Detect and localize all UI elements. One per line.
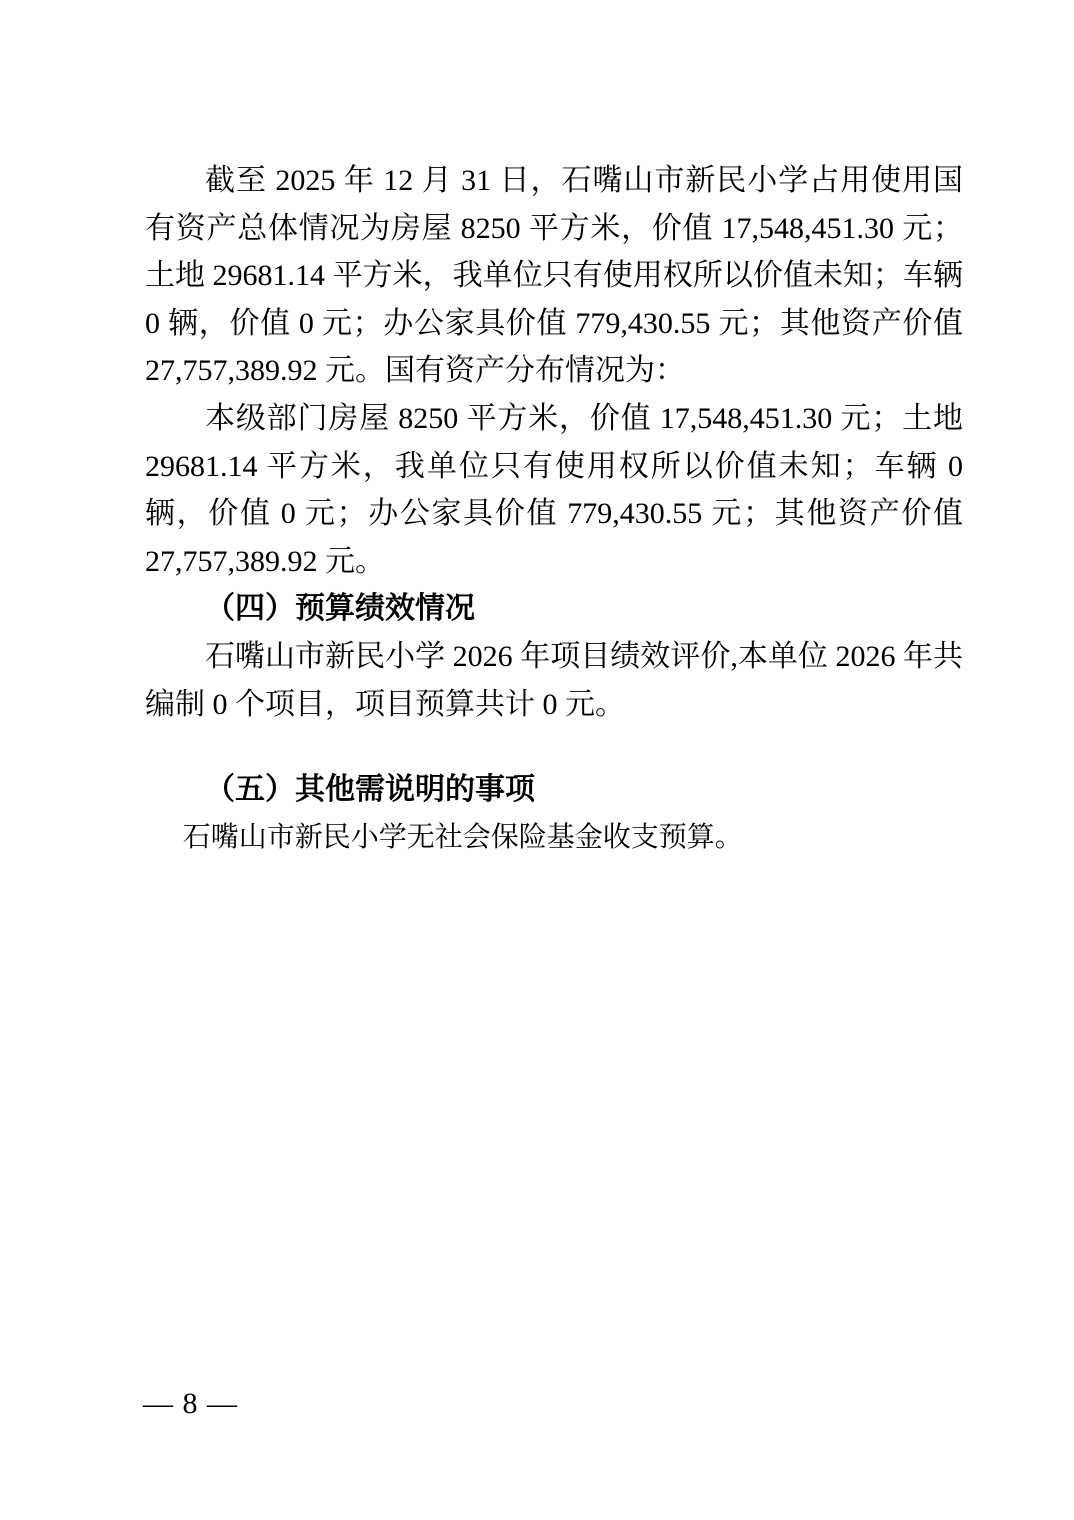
paragraph-assets-distribution: 本级部门房屋 8250 平方米，价值 17,548,451.30 元；土地 29… [145, 395, 963, 585]
document-content: 截至 2025 年 12 月 31 日，石嘴山市新民小学占用使用国有资产总体情况… [145, 157, 963, 861]
page-number: — 8 — [143, 1386, 238, 1422]
paragraph-assets-total: 截至 2025 年 12 月 31 日，石嘴山市新民小学占用使用国有资产总体情况… [145, 157, 963, 395]
paragraph-other-notes: 石嘴山市新民小学无社会保险基金收支预算。 [145, 814, 963, 862]
blank-line-spacer [145, 728, 963, 766]
paragraph-performance: 石嘴山市新民小学 2026 年项目绩效评价,本单位 2026 年共编制 0 个项… [145, 633, 963, 728]
heading-section-4: （四）预算绩效情况 [145, 585, 963, 633]
document-page: 截至 2025 年 12 月 31 日，石嘴山市新民小学占用使用国有资产总体情况… [0, 0, 1074, 1520]
heading-section-5: （五）其他需说明的事项 [145, 766, 963, 814]
